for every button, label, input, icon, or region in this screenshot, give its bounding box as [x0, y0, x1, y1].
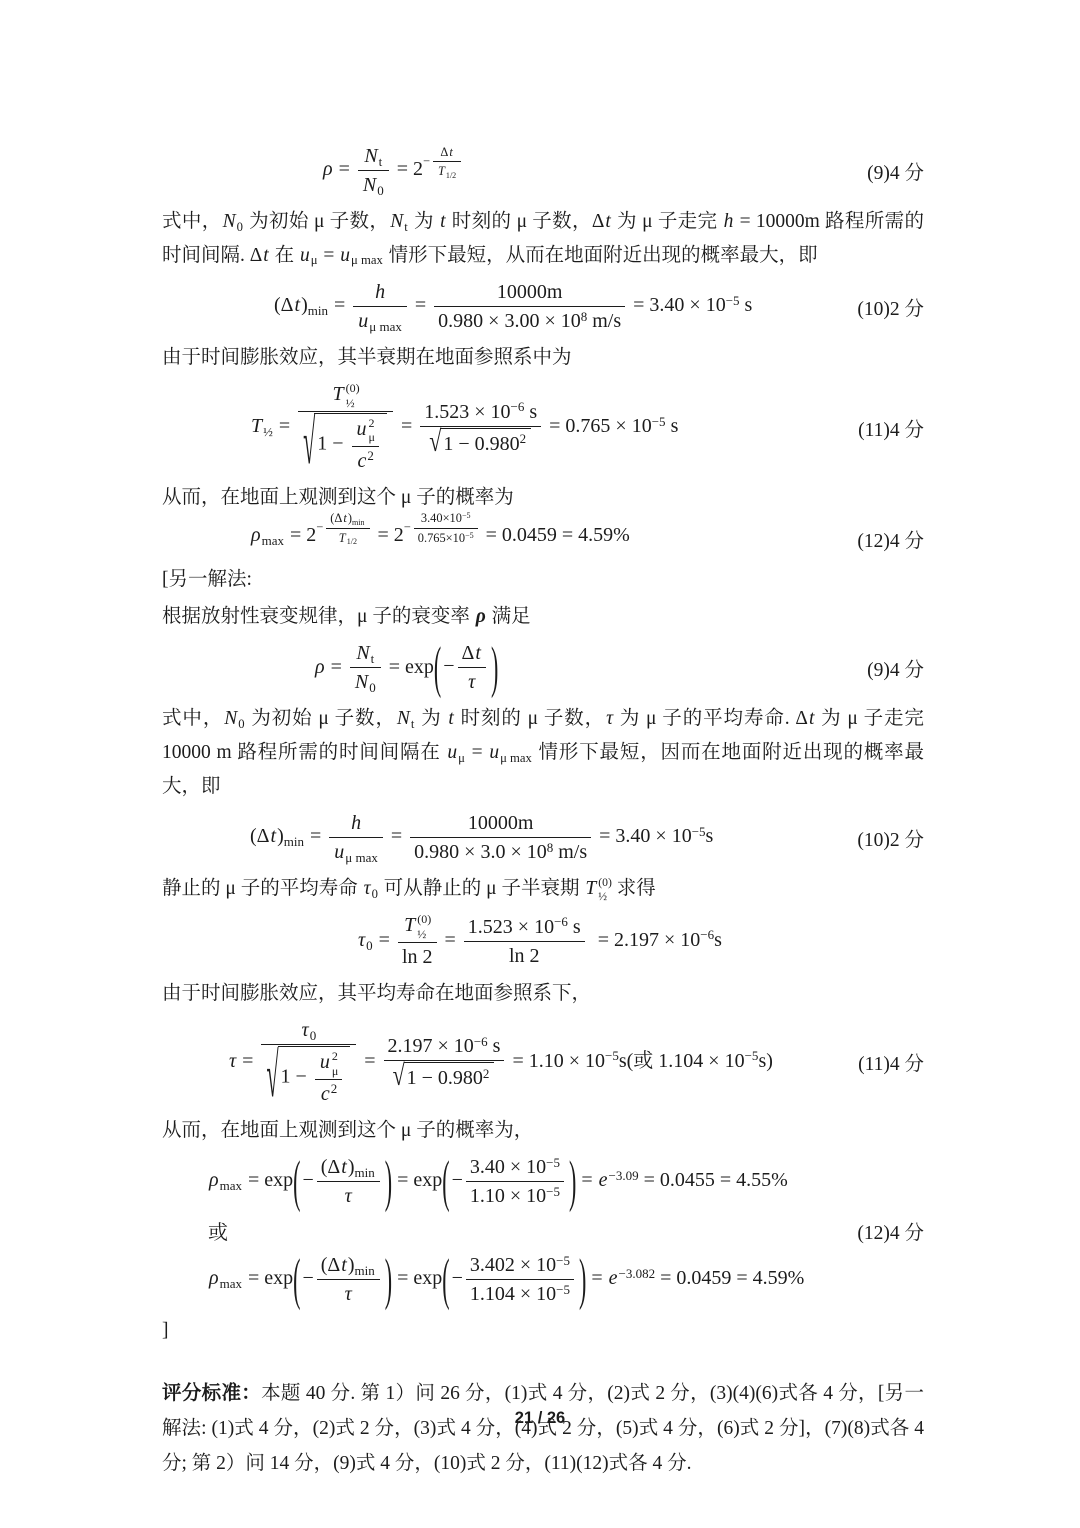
equation-row-12: ρmax = 2−(Δt)minT1/2 = 2−3.40×10−50.765×… — [162, 521, 924, 556]
alt-or-row: 或 (12)4 分 — [162, 1216, 924, 1245]
alt-score-label-9: (9)4 分 — [857, 654, 924, 682]
alt-body-paragraph: 式中，N0 为初始 μ 子数，Nt 为 t 时刻的 μ 子数，τ 为 μ 子的平… — [162, 702, 924, 803]
alt-score-label-11: (11)4 分 — [848, 1048, 924, 1076]
alt-equation-9: ρ = NtN0 = exp(−Δtτ) — [162, 640, 498, 695]
alt-equation-12a: ρmax = exp(−(Δt)minτ) = exp(−3.40 × 10−5… — [162, 1154, 788, 1209]
equation-11: T½ = T(0)½√1 − u2μc2 = 1.523 × 10−6 s√1 … — [162, 381, 678, 474]
score-label-11: (11)4 分 — [848, 414, 924, 442]
page-number: 21 / 26 — [0, 1409, 1080, 1428]
alt-equation-10: (Δt)min = huμ max = 10000m0.980 × 3.0 × … — [162, 810, 713, 865]
equation-9: ρ = NtN0 = 2−ΔtT1/2 — [162, 143, 464, 198]
alt-equation-row-9: ρ = NtN0 = exp(−Δtτ) (9)4 分 — [162, 640, 924, 695]
alt-text-line-dilation: 由于时间膨胀效应，其平均寿命在地面参照系下， — [162, 977, 924, 1010]
physics-solution-page: ρ = NtN0 = 2−ΔtT1/2 (9)4 分 式中，N0 为初始 μ 子… — [0, 0, 1080, 1528]
alt-equation-row-tau0: τ0 = T(0)½ln 2 = 1.523 × 10−6 sln 2 = 2.… — [162, 912, 924, 970]
grading-criteria-label: 评分标准： — [162, 1383, 261, 1404]
score-label-10: (10)2 分 — [847, 293, 924, 321]
alt-solution-close-bracket: ] — [162, 1314, 924, 1347]
alt-or-word: 或 — [162, 1216, 228, 1245]
grading-criteria-paragraph: 评分标准：本题 40 分. 第 1）问 26 分，(1)式 4 分，(2)式 2… — [162, 1377, 924, 1481]
alt-solution-intro: 根据放射性衰变规律，μ 子的衰变率 ρ 满足 — [162, 600, 924, 633]
alt-text-line-tau0: 静止的 μ 子的平均寿命 τ0 可从静止的 μ 子半衰期 T(0)½ 求得 — [162, 872, 924, 905]
alt-solution-open-bracket: [另一解法: — [162, 563, 924, 596]
alt-equation-12b: ρmax = exp(−(Δt)minτ) = exp(−3.402 × 10−… — [162, 1252, 804, 1307]
equation-row-10: (Δt)min = huμ max = 10000m0.980 × 3.00 ×… — [162, 279, 924, 334]
score-label-9: (9)4 分 — [857, 157, 924, 185]
alt-equation-tau0: τ0 = T(0)½ln 2 = 1.523 × 10−6 sln 2 = 2.… — [162, 912, 722, 970]
score-label-12: (12)4 分 — [847, 525, 924, 553]
body-paragraph-1: 式中，N0 为初始 μ 子数，Nt 为 t 时刻的 μ 子数，Δt 为 μ 子走… — [162, 205, 924, 272]
text-line-dilation: 由于时间膨胀效应，其半衰期在地面参照系中为 — [162, 341, 924, 374]
alt-score-label-12: (12)4 分 — [847, 1217, 924, 1245]
equation-row-11: T½ = T(0)½√1 − u2μc2 = 1.523 × 10−6 s√1 … — [162, 381, 924, 474]
alt-equation-row-11: τ = τ0√1 − u2μc2 = 2.197 × 10−6 s√1 − 0.… — [162, 1017, 924, 1107]
alt-equation-row-10: (Δt)min = huμ max = 10000m0.980 × 3.0 × … — [162, 810, 924, 865]
equation-12: ρmax = 2−(Δt)minT1/2 = 2−3.40×10−50.765×… — [162, 521, 630, 556]
alt-equation-row-12b: ρmax = exp(−(Δt)minτ) = exp(−3.402 × 10−… — [162, 1252, 924, 1307]
equation-10: (Δt)min = huμ max = 10000m0.980 × 3.00 ×… — [162, 279, 752, 334]
text-line-probability: 从而，在地面上观测到这个 μ 子的概率为 — [162, 481, 924, 514]
alt-text-line-probability: 从而，在地面上观测到这个 μ 子的概率为， — [162, 1114, 924, 1147]
equation-row-9: ρ = NtN0 = 2−ΔtT1/2 (9)4 分 — [162, 143, 924, 198]
alt-equation-11: τ = τ0√1 − u2μc2 = 2.197 × 10−6 s√1 − 0.… — [162, 1017, 773, 1107]
alt-equation-row-12a: ρmax = exp(−(Δt)minτ) = exp(−3.40 × 10−5… — [162, 1154, 924, 1209]
alt-score-label-10: (10)2 分 — [847, 824, 924, 852]
grading-criteria-text: 本题 40 分. 第 1）问 26 分，(1)式 4 分，(2)式 2 分，(3… — [162, 1383, 924, 1473]
